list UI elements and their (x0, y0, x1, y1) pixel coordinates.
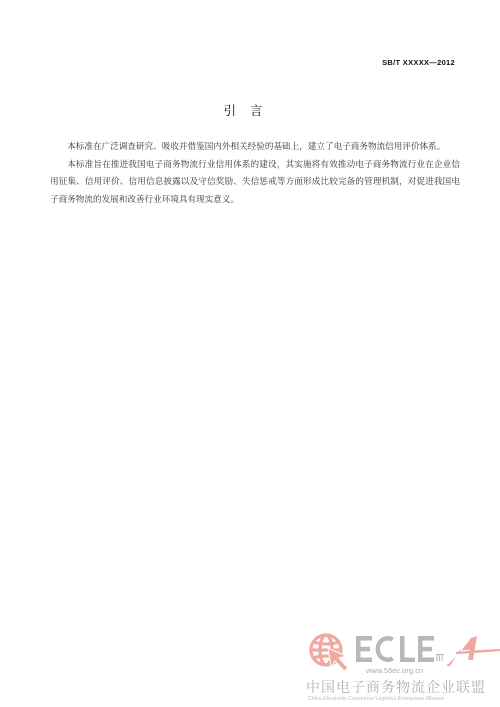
paragraph: 本标准旨在推进我国电子商务物流行业信用体系的建设，其实施将有效推动电子商务物流行… (50, 157, 460, 210)
watermark-url: www.56ec.org.cn (366, 666, 423, 675)
watermark-org-name-cn: 中国电子商务物流企业联盟 (306, 677, 500, 697)
page-title: 引言 (0, 101, 500, 119)
watermark-org-name-en: China Electronic Commerce Logistics Ente… (308, 696, 444, 702)
watermark-logo: www.56ec.org.cn 中国电子商务物流企业联盟 China Elect… (306, 630, 500, 707)
document-body: 本标准在广泛调查研究、吸收并借鉴国内外相关经验的基础上，建立了电子商务物流信用评… (50, 139, 460, 209)
paragraph: 本标准在广泛调查研究、吸收并借鉴国内外相关经验的基础上，建立了电子商务物流信用评… (50, 139, 460, 157)
standard-code: SB/T XXXXX—2012 (382, 58, 455, 67)
